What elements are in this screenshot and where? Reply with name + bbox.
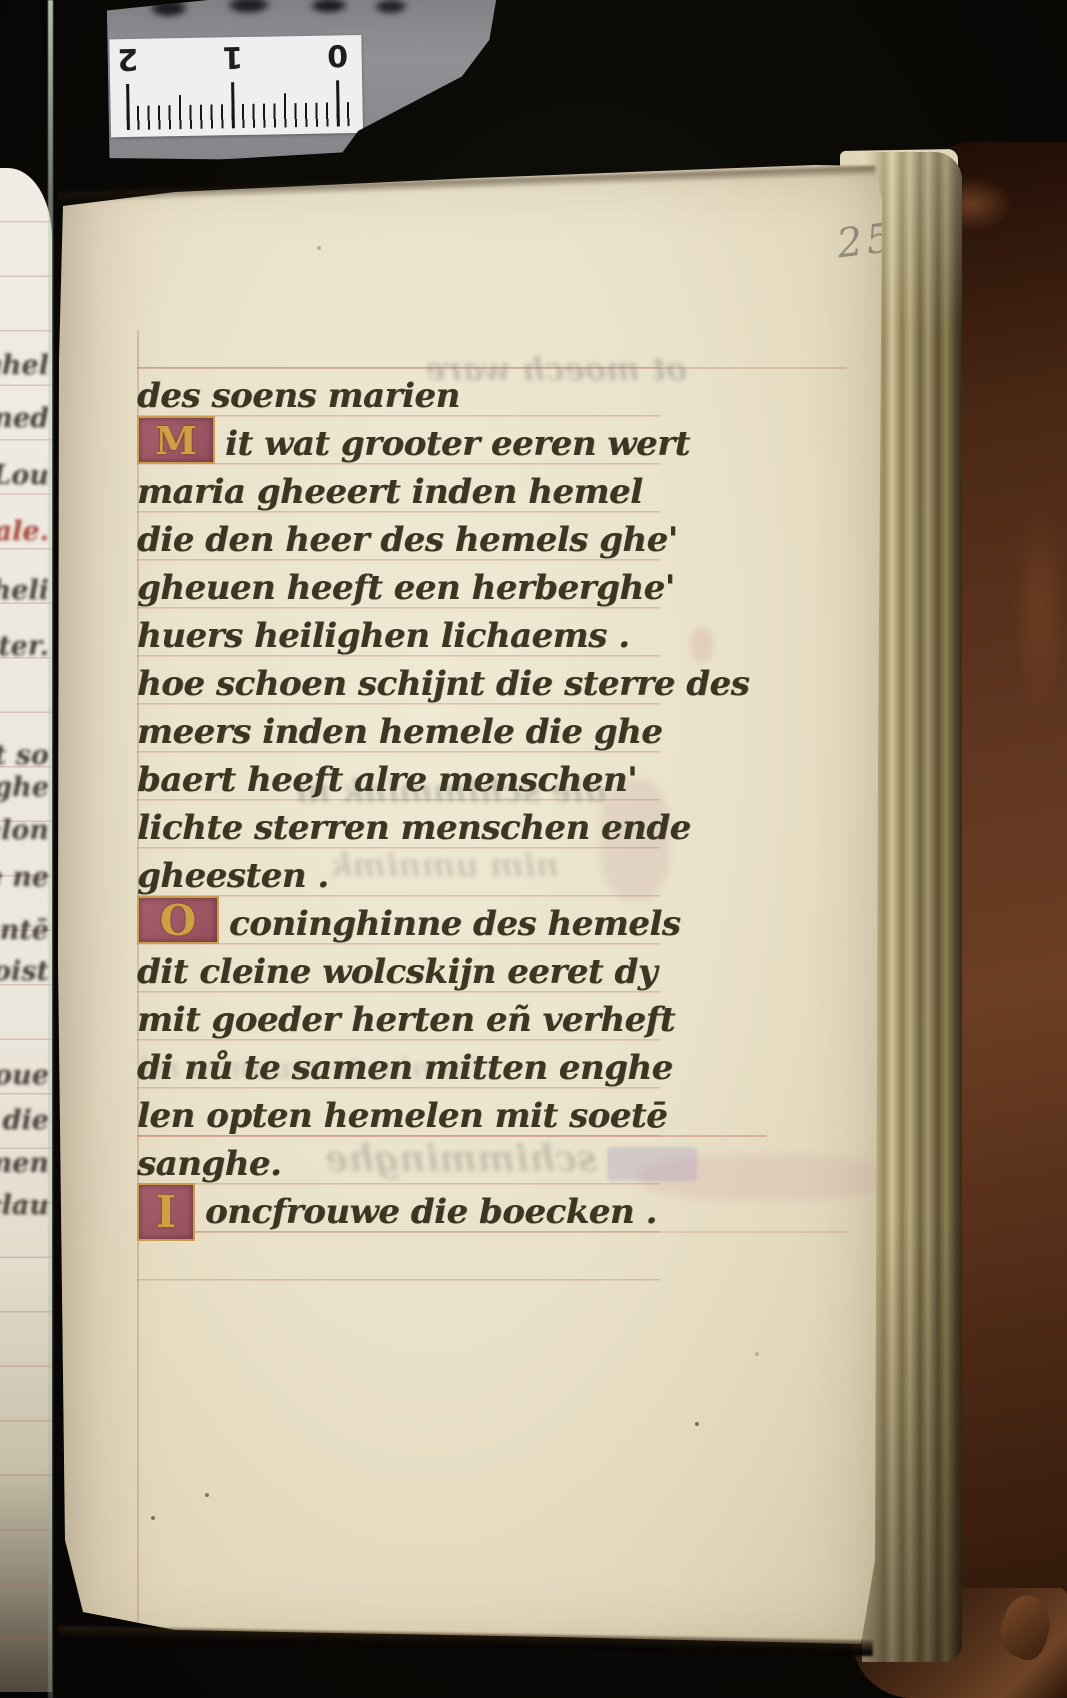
margin-text-fragment: eclau xyxy=(0,1190,49,1221)
cm-tick xyxy=(336,80,339,126)
speck xyxy=(151,1516,155,1520)
manuscript-line: des soens marien xyxy=(137,369,460,417)
ruler-number-2: 2 xyxy=(111,41,144,77)
line-text: gheuen heeft een herberghe' xyxy=(137,567,675,609)
manuscript-line: Mit wat grooter eeren wert xyxy=(137,417,690,465)
manuscript-line: Ioncfrouwe die boecken . xyxy=(137,1185,657,1233)
line-text: huers heilighen lichaems . xyxy=(137,615,629,657)
manuscript-line: hoe schoen schijnt die sterre des xyxy=(137,657,749,705)
manuscript-line: mit goeder herten eñ verheft xyxy=(137,993,675,1041)
margin-text-fragment: heloue xyxy=(0,1060,49,1091)
decorated-initial-O: O xyxy=(137,896,219,944)
margin-text-fragment: ria die xyxy=(0,1105,49,1136)
ruler-card: 2 1 0 xyxy=(99,0,504,161)
margin-text-fragment: unghe xyxy=(0,772,49,803)
line-text: maria gheeert inden hemel xyxy=(137,471,643,513)
margin-text-fragment: vilentē xyxy=(0,915,49,946)
margin-text-fragment: itter. xyxy=(0,631,49,662)
line-text: die den heer des hemels ghe' xyxy=(137,519,678,561)
manuscript-line: dit cleine wolcskijn eeret dy xyxy=(137,945,657,993)
speck xyxy=(317,246,321,250)
line-text: lichte sterren menschen ende xyxy=(137,807,691,849)
line-text: mit goeder herten eñ verheft xyxy=(137,999,675,1041)
margin-text-fragment: gelon xyxy=(0,815,49,846)
line-text: it wat grooter eeren wert xyxy=(225,423,690,465)
line-text: coninghinne des hemels xyxy=(229,903,680,945)
cm-tick xyxy=(126,84,129,130)
card-markings xyxy=(139,0,419,27)
margin-text-fragment: bened xyxy=(0,403,49,434)
ruler-strip: 2 1 0 xyxy=(109,35,363,137)
manuscript-photo: ghel bened ī. Lou iale. gheli itter. eef… xyxy=(0,0,1067,1698)
ruler-number-0: 0 xyxy=(321,37,354,73)
manuscript-line: gheesten . xyxy=(137,849,329,897)
ruler-number-1: 1 xyxy=(216,39,249,75)
manuscript-line: baert heeft alre menschen' xyxy=(137,753,637,801)
line-text: dit cleine wolcskijn eeret dy xyxy=(137,951,657,993)
line-text: meers inden hemele die ghe xyxy=(137,711,662,753)
manuscript-line: sanghe. xyxy=(137,1137,281,1185)
margin-text-fragment: r hoist xyxy=(0,956,49,987)
pink-band xyxy=(640,1155,890,1200)
line-text: len opten hemelen mit soetē xyxy=(137,1095,667,1137)
cm-tick xyxy=(231,82,234,128)
decorated-initial-M: M xyxy=(137,416,215,464)
line-text: hoe schoen schijnt die sterre des xyxy=(137,663,749,705)
line-text: di nů te samen mitten enghe xyxy=(137,1047,673,1089)
manuscript-line: lichte sterren menschen ende xyxy=(137,801,691,849)
manuscript-line: len opten hemelen mit soetē xyxy=(137,1089,667,1137)
margin-text-fragment: kemen xyxy=(0,1148,49,1179)
margin-text-fragment: gheli xyxy=(0,575,49,606)
glass-edge xyxy=(48,0,53,1698)
margin-text-fragment-rubric: iale. xyxy=(0,516,49,547)
ruler-ticks xyxy=(126,80,351,130)
line-text: gheesten . xyxy=(137,855,329,897)
line-text: des soens marien xyxy=(137,375,460,417)
line-text: baert heeft alre menschen' xyxy=(137,759,637,801)
margin-text-fragment: eeft so xyxy=(0,740,49,771)
manuscript-line: maria gheeert inden hemel xyxy=(137,465,643,513)
manuscript-line: di nů te samen mitten enghe xyxy=(137,1041,673,1089)
line-text: oncfrouwe die boecken . xyxy=(205,1191,657,1233)
margin-text-fragment: ī. Lou xyxy=(0,460,49,491)
speck xyxy=(205,1493,209,1497)
manuscript-page: 25 ot moech ware die schimmink ni nim um… xyxy=(55,160,883,1655)
manuscript-line: huers heilighen lichaems . xyxy=(137,609,629,657)
line-text: sanghe. xyxy=(137,1143,281,1185)
manuscript-line: gheuen heeft een herberghe' xyxy=(137,561,675,609)
speck xyxy=(695,1422,699,1426)
manuscript-line: meers inden hemele die ghe xyxy=(137,705,662,753)
manuscript-line: die den heer des hemels ghe' xyxy=(137,513,678,561)
margin-text-fragment: ghel xyxy=(0,350,49,381)
speck xyxy=(755,1352,759,1356)
facing-page-sliver: ghel bened ī. Lou iale. gheli itter. eef… xyxy=(0,168,52,1692)
margin-text-fragment: oede ne xyxy=(0,862,49,893)
manuscript-line: Oconinghinne des hemels xyxy=(137,897,680,945)
decorated-initial-I: I xyxy=(137,1183,195,1241)
